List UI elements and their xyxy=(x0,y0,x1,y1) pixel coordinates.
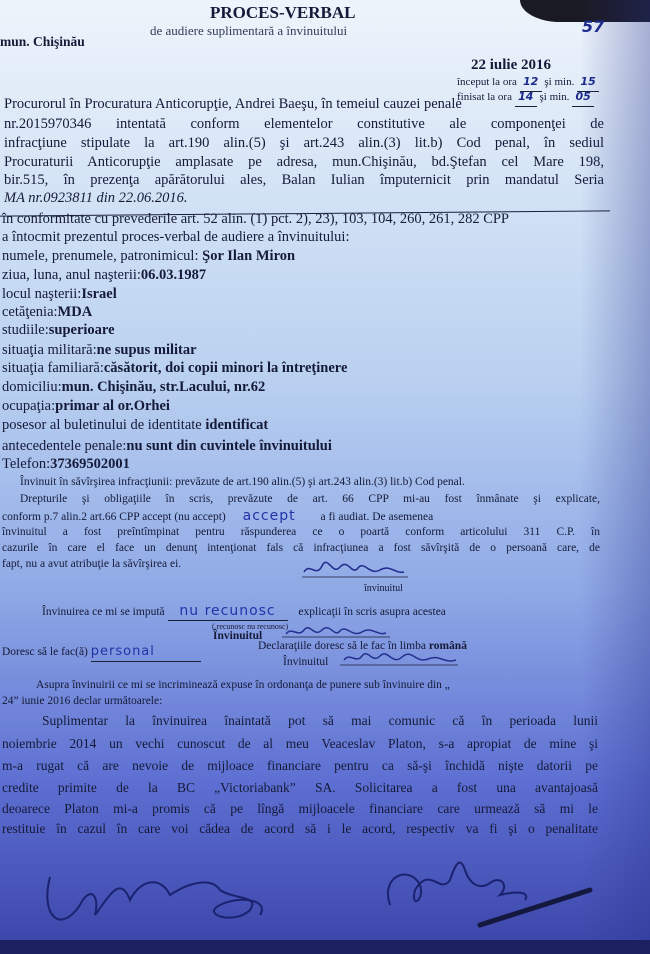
charges-line: Învinuit în săvîrşirea infracţiunii: pre… xyxy=(20,473,465,491)
handwritten-accept: accept xyxy=(243,508,296,524)
intro-line-6: MA nr.0923811 din 22.06.2016. xyxy=(4,189,188,207)
field-row: situaţia militară:ne supus militar xyxy=(2,341,197,359)
field-row: ocupaţia:primar al or.Orhei xyxy=(2,397,170,415)
statement-line: m-a rugat că are nevoie de mijloace fina… xyxy=(2,757,598,775)
field-label: ocupaţia: xyxy=(2,398,55,414)
field-label: situaţia familiară: xyxy=(2,360,104,376)
field-label: studiile: xyxy=(2,322,49,338)
field-value: nu sunt din cuvintele învinuitului xyxy=(126,438,332,454)
field-label: domiciliu: xyxy=(2,379,62,395)
end-minute: 05 xyxy=(572,88,594,107)
plea-suffix: explicaţii în scris asupra acestea xyxy=(298,606,446,618)
field-row: locul naşterii:Israel xyxy=(2,285,117,303)
document-date: 22 iulie 2016 xyxy=(471,56,551,74)
field-value: 06.03.1987 xyxy=(141,267,206,283)
field-row: situaţia familiară:căsătorit, doi copii … xyxy=(2,359,347,377)
language-prefix: Doresc să le fac(ă) xyxy=(2,646,88,658)
field-row: domiciliu:mun. Chişinău, str.Lacului, nr… xyxy=(2,378,265,396)
document-title: PROCES-VERBAL xyxy=(210,4,355,22)
field-value: căsătorit, doi copii minori la întreţine… xyxy=(104,360,348,376)
field-value: 37369502001 xyxy=(50,456,130,472)
start-min-label: şi min. xyxy=(544,76,574,88)
statement-line: noiembrie 2014 un vechi cunoscut de al m… xyxy=(2,735,598,753)
field-value: mun. Chişinău, str.Lacului, nr.62 xyxy=(62,379,266,395)
accused-signature-1 xyxy=(300,558,410,582)
field-value: identificat xyxy=(205,417,268,433)
field-label: posesor al buletinului de identitate xyxy=(2,417,205,433)
intro-line-4: Procuraturii Anticorupţie amplasate pe a… xyxy=(4,153,604,171)
field-label: ziua, luna, anul naşterii: xyxy=(2,267,141,283)
statement-line: credite primite de la BC „Victoriabank” … xyxy=(2,779,598,797)
photo-bottom-edge xyxy=(0,940,650,954)
accept-options: conform p.7 alin.2 art.66 CPP accept (nu… xyxy=(2,511,226,523)
legal-basis-line-1: în conformitate cu prevederile art. 52 a… xyxy=(2,210,509,228)
rights-line-2-end: a fi audiat. De asemenea xyxy=(320,511,433,523)
rights-line-1: Drepturile şi obligaţiile în scris, prev… xyxy=(20,490,600,508)
location: mun. Chişinău xyxy=(0,33,85,51)
statement-intro-2: 24” iunie 2016 declar următoarele: xyxy=(2,692,162,710)
signer-label-1: Învinuitul xyxy=(213,627,262,645)
rights-line-5: fapt, nu a avut atribuţie la săvîrşirea … xyxy=(2,555,181,573)
field-value: Şor Ilan Miron xyxy=(199,248,296,264)
field-label: situaţia militară: xyxy=(2,342,97,358)
field-label: cetăţenia: xyxy=(2,304,58,320)
field-row: numele, prenumele, patronimicul: Şor Ila… xyxy=(2,247,295,265)
field-row: cetăţenia:MDA xyxy=(2,303,92,321)
field-row: studiile:superioare xyxy=(2,321,115,339)
accused-signature-bottom xyxy=(20,855,290,935)
plea-prefix: Învinuirea ce mi se impută xyxy=(42,606,165,618)
field-row: Telefon:37369502001 xyxy=(2,455,130,473)
language-line: Doresc să le fac(ă) personal xyxy=(2,643,201,662)
field-label: antecedentele penale: xyxy=(2,438,126,454)
document-subtitle: de audiere suplimentară a învinuitului xyxy=(150,22,347,40)
legal-basis-line-2: a întocmit prezentul proces-verbal de au… xyxy=(2,228,349,246)
page-number: 57 xyxy=(582,18,604,36)
signature-label-1: învinuitul xyxy=(364,580,403,598)
field-row: antecedentele penale:nu sunt din cuvinte… xyxy=(2,437,332,455)
start-label: început la ora xyxy=(457,76,517,88)
statement-line: Suplimentar la învinuirea înaintată pot … xyxy=(42,712,598,730)
field-value: primar al or.Orhei xyxy=(55,398,170,414)
intro-line-3: infracţiune stipulate la art.190 alin.(5… xyxy=(4,134,604,152)
handwritten-personal: personal xyxy=(91,643,201,662)
end-time: finisat la ora 14 şi min. 05 xyxy=(457,88,594,107)
intro-line-1: Procurorul în Procuratura Anticorupţie, … xyxy=(4,95,444,113)
field-value: ne supus militar xyxy=(97,342,197,358)
end-min-label: şi min. xyxy=(539,91,569,103)
signer-label-2: Învinuitul xyxy=(283,653,328,671)
end-label: finisat la ora xyxy=(457,91,512,103)
field-label: Telefon: xyxy=(2,456,50,472)
field-label: locul naşterii: xyxy=(2,286,81,302)
intro-line-5: bir.515, în prezenţa apărătorului ales, … xyxy=(4,171,604,189)
field-row: posesor al buletinului de identitate ide… xyxy=(2,416,268,434)
end-hour: 14 xyxy=(515,88,537,107)
field-label: numele, prenumele, patronimicul: xyxy=(2,248,199,264)
lawyer-signature-bottom xyxy=(370,845,610,935)
accused-signature-3 xyxy=(340,648,460,670)
intro-line-2: nr.2015970346 intentată conform elemente… xyxy=(4,115,604,133)
field-value: superioare xyxy=(49,322,115,338)
field-value: MDA xyxy=(58,304,93,320)
field-row: ziua, luna, anul naşterii:06.03.1987 xyxy=(2,266,206,284)
statement-line: deoarece Platon mi-a promis că pe lîngă … xyxy=(2,800,598,818)
statement-line: restituie în cazul în care voi cădea de … xyxy=(2,820,598,838)
field-value: Israel xyxy=(81,286,116,302)
